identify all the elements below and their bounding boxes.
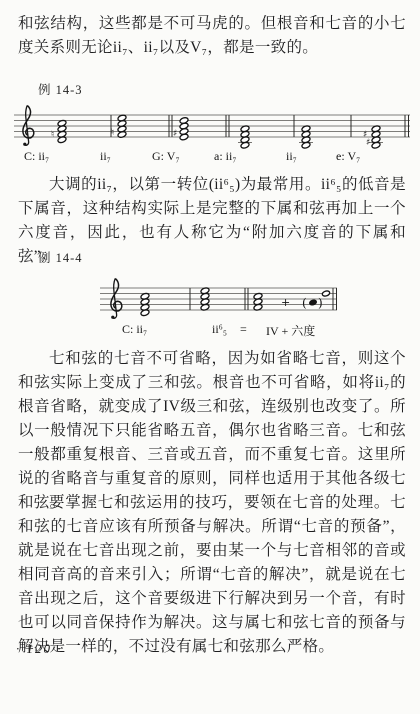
chord-label: IV + 六度 xyxy=(266,322,315,339)
chord-c-ii7: ♮ xyxy=(51,119,67,143)
book-page: 和弦结构，这些都是不可马虎的。但根音和七音的小七度关系则无论ii₇、ii₇以及V… xyxy=(0,0,420,714)
chord-label: = xyxy=(240,322,247,337)
chord-label: C: ii₇ xyxy=(122,322,147,337)
music-staff-example-14-3: ♮ ♮ ♯ xyxy=(14,103,410,153)
example-caption-14-3: 例 14-3 xyxy=(38,80,83,98)
chord-label: a: ii₇ xyxy=(214,149,237,164)
chord-label: ii₇ xyxy=(286,149,297,164)
page-number: · 120 · xyxy=(16,641,63,657)
svg-text:♯: ♯ xyxy=(173,129,177,139)
chord-ii65 xyxy=(200,287,210,311)
paragraph: 要掌握七和弦运用的技巧，要领在七音的处理。七和弦的七音应该有所预备与解决。所谓“… xyxy=(18,491,406,659)
svg-text:♯: ♯ xyxy=(366,138,370,148)
chord-label: ii⁶₅ xyxy=(212,322,227,337)
paragraph: 和弦结构，这些都是不可马虎的。但根音和七音的小七度关系则无论ii₇、ii₇以及V… xyxy=(18,12,406,60)
chord-c-ii7 xyxy=(140,292,150,316)
music-staff-example-14-4: + ( ) xyxy=(100,274,345,322)
chord-label: e: V₇ xyxy=(336,149,360,164)
paragraph: 七和弦的七音不可省略，因为如省略七音，则这个和弦实际上变成了三和弦。根音也不可省… xyxy=(18,347,406,515)
plus-sign: + xyxy=(281,296,290,309)
chord-label: ii₇ xyxy=(100,149,111,164)
example-caption-14-4: 例 14-4 xyxy=(38,248,83,266)
chord-iv-triad xyxy=(253,292,263,311)
svg-text:): ) xyxy=(318,296,323,310)
chord-label: C: ii₇ xyxy=(24,149,49,164)
added-sixth-note: ( ) xyxy=(302,290,330,310)
chord-label: G: V₇ xyxy=(152,149,180,164)
svg-text:♮: ♮ xyxy=(51,130,54,140)
svg-text:(: ( xyxy=(302,296,307,310)
svg-text:♮: ♮ xyxy=(111,128,114,138)
